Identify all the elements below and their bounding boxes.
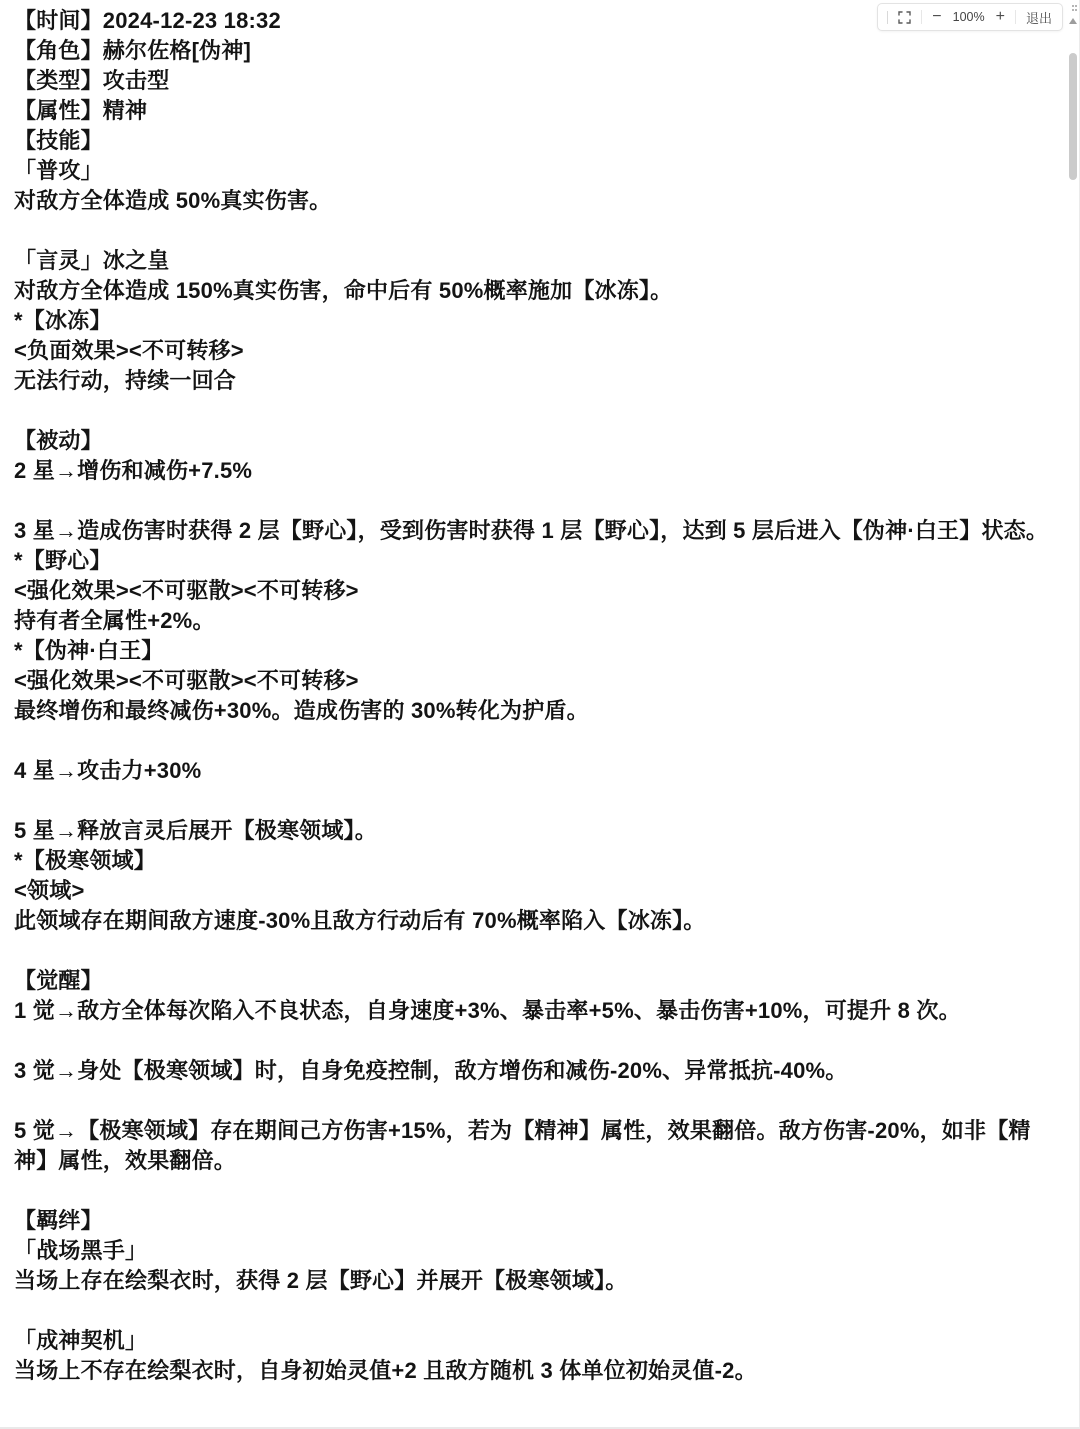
text-line: 【觉醒】 bbox=[14, 966, 1052, 996]
toolbar-divider bbox=[1015, 10, 1016, 24]
text-line: 当场上不存在绘梨衣时，自身初始灵值+2 且敌方随机 3 体单位初始灵值-2。 bbox=[14, 1356, 1052, 1386]
text-line: 「成神契机」 bbox=[14, 1326, 1052, 1356]
blank-line bbox=[14, 486, 1052, 516]
zoom-level-value: 100% bbox=[952, 10, 986, 24]
text-line: 3 星→造成伤害时获得 2 层【野心】，受到伤害时获得 1 层【野心】，达到 5… bbox=[14, 516, 1052, 546]
text-line: 对敌方全体造成 50%真实伤害。 bbox=[14, 186, 1052, 216]
scrollbar-grip-dots-icon bbox=[1072, 5, 1074, 7]
blank-line bbox=[14, 1086, 1052, 1116]
scrollbar[interactable] bbox=[1067, 0, 1079, 1429]
exit-button[interactable]: 退出 bbox=[1025, 8, 1053, 27]
text-line: 此领域存在期间敌方速度-30%且敌方行动后有 70%概率陷入【冰冻】。 bbox=[14, 906, 1052, 936]
text-line: 最终增伤和最终减伤+30%。造成伤害的 30%转化为护盾。 bbox=[14, 696, 1052, 726]
text-line: <强化效果><不可驱散><不可转移> bbox=[14, 576, 1052, 606]
text-line: <领域> bbox=[14, 876, 1052, 906]
text-line: 【属性】精神 bbox=[14, 96, 1052, 126]
blank-line bbox=[14, 1026, 1052, 1056]
text-line: 2 星→增伤和减伤+7.5% bbox=[14, 456, 1052, 486]
text-line: 持有者全属性+2%。 bbox=[14, 606, 1052, 636]
text-line: 5 觉→【极寒领域】存在期间己方伤害+15%，若为【精神】属性，效果翻倍。敌方伤… bbox=[14, 1116, 1052, 1176]
blank-line bbox=[14, 786, 1052, 816]
toolbar-drag-handle bbox=[887, 11, 888, 24]
text-line: 【技能】 bbox=[14, 126, 1052, 156]
text-line: 「言灵」冰之皇 bbox=[14, 246, 1052, 276]
text-line: 「普攻」 bbox=[14, 156, 1052, 186]
text-line: 3 觉→身处【极寒领域】时，自身免疫控制，敌方增伤和减伤-20%、异常抵抗-40… bbox=[14, 1056, 1052, 1086]
document-text-area: 【时间】2024-12-23 18:32【角色】赫尔佐格[伪神]【类型】攻击型【… bbox=[0, 0, 1080, 1386]
text-line: 【被动】 bbox=[14, 426, 1052, 456]
blank-line bbox=[14, 216, 1052, 246]
text-line: 1 觉→敌方全体每次陷入不良状态，自身速度+3%、暴击率+5%、暴击伤害+10%… bbox=[14, 996, 1052, 1026]
text-line: 对敌方全体造成 150%真实伤害，命中后有 50%概率施加【冰冻】。 bbox=[14, 276, 1052, 306]
fit-screen-icon bbox=[898, 11, 911, 24]
scrollbar-thumb[interactable] bbox=[1069, 53, 1077, 180]
scroll-up-arrow-icon[interactable] bbox=[1069, 18, 1077, 24]
text-line: 无法行动，持续一回合 bbox=[14, 366, 1052, 396]
blank-line bbox=[14, 396, 1052, 426]
text-line: 4 星→攻击力+30% bbox=[14, 756, 1052, 786]
zoom-out-button[interactable]: − bbox=[931, 9, 942, 25]
toolbar-divider bbox=[921, 10, 922, 24]
text-line: 【类型】攻击型 bbox=[14, 66, 1052, 96]
text-line: *【极寒领域】 bbox=[14, 846, 1052, 876]
viewer-toolbar: − 100% + 退出 bbox=[877, 3, 1063, 31]
text-line: 5 星→释放言灵后展开【极寒领域】。 bbox=[14, 816, 1052, 846]
blank-line bbox=[14, 1296, 1052, 1326]
text-line: *【冰冻】 bbox=[14, 306, 1052, 336]
text-line: <负面效果><不可转移> bbox=[14, 336, 1052, 366]
text-line: 【角色】赫尔佐格[伪神] bbox=[14, 36, 1052, 66]
text-line: <强化效果><不可驱散><不可转移> bbox=[14, 666, 1052, 696]
text-line: *【伪神·白王】 bbox=[14, 636, 1052, 666]
blank-line bbox=[14, 1176, 1052, 1206]
text-line: 当场上存在绘梨衣时，获得 2 层【野心】并展开【极寒领域】。 bbox=[14, 1266, 1052, 1296]
text-line: 「战场黑手」 bbox=[14, 1236, 1052, 1266]
blank-line bbox=[14, 726, 1052, 756]
zoom-in-button[interactable]: + bbox=[995, 9, 1006, 25]
text-line: *【野心】 bbox=[14, 546, 1052, 576]
blank-line bbox=[14, 936, 1052, 966]
fit-screen-button[interactable] bbox=[897, 11, 912, 24]
text-line: 【羁绊】 bbox=[14, 1206, 1052, 1236]
